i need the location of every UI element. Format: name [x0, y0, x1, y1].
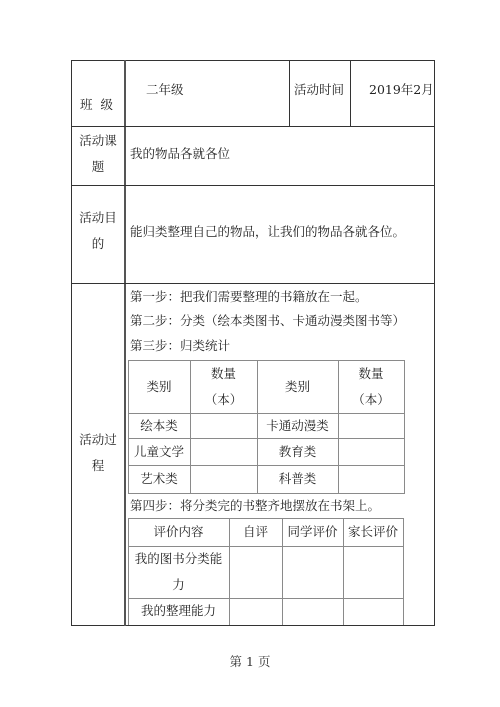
stats-row1-bottom: [128, 438, 405, 439]
row-separator-3: [71, 283, 435, 284]
stats-col-4: [404, 360, 405, 494]
stats-header-qty-1-line1: 数量: [190, 366, 257, 382]
stats-row2-bottom: [128, 465, 405, 466]
eval-col-4: [403, 518, 404, 625]
time-label: 活动时间: [294, 82, 344, 98]
time-label-left-border: [289, 60, 290, 126]
process-label-line2: 程: [72, 458, 124, 474]
row-separator-2: [71, 185, 435, 186]
stats-header-category-1: 类别: [128, 379, 190, 395]
eval-header-parent: 家长评价: [343, 524, 403, 540]
stats-cell: 科普类: [257, 471, 338, 487]
stats-cell: 儿童文学: [128, 444, 190, 460]
eval-row-2-content: 我的整理能力: [128, 603, 229, 619]
goal-label-line2: 的: [72, 236, 124, 252]
step-4: 第四步：将分类完的书整齐地摆放在书架上。: [130, 498, 380, 514]
stats-header-category-2: 类别: [257, 379, 338, 395]
time-value-left-border: [350, 60, 351, 126]
class-label: 班 级: [80, 97, 113, 113]
eval-row1-bottom: [128, 598, 404, 599]
stats-header-qty-2-line1: 数量: [338, 366, 404, 382]
stats-cell: 卡通动漫类: [257, 418, 338, 434]
stats-cell: 艺术类: [128, 471, 190, 487]
eval-header-self: 自评: [229, 524, 282, 540]
row-separator-1: [71, 126, 435, 127]
topic-label-line2: 题: [72, 159, 124, 175]
stats-bottom: [128, 493, 405, 494]
process-label-line1: 活动过: [72, 432, 124, 448]
eval-row-1-content-line1: 我的图书分类能: [128, 551, 229, 567]
step-3: 第三步：归类统计: [130, 338, 230, 354]
step-1: 第一步：把我们需要整理的书籍放在一起。: [130, 289, 368, 305]
eval-row-1-content-line2: 力: [128, 577, 229, 593]
goal-value: 能归类整理自己的物品，让我们的物品各就各位。: [130, 224, 405, 240]
stats-cell: 教育类: [257, 444, 338, 460]
stats-header-qty-2-line2: （本）: [338, 392, 404, 408]
eval-header-bottom: [128, 546, 404, 547]
stats-header-bottom: [128, 413, 405, 414]
topic-label-line1: 活动课: [72, 133, 124, 149]
outer-right-border: [434, 60, 435, 626]
stats-header-qty-1-line2: （本）: [190, 392, 257, 408]
label-column-divider: [124, 60, 126, 626]
eval-top: [128, 518, 404, 519]
eval-header-content: 评价内容: [128, 524, 229, 540]
time-value: 2019年2月: [369, 82, 434, 98]
stats-cell: 绘本类: [128, 418, 190, 434]
page-number: 第 1 页: [0, 652, 500, 670]
stats-top: [128, 360, 405, 361]
step-2: 第二步：分类（绘本类图书、卡通动漫类图书等）: [130, 313, 405, 329]
topic-value: 我的物品各就各位: [130, 146, 230, 162]
eval-header-peer: 同学评价: [282, 524, 343, 540]
document-page: 班 级 二年级 活动时间 2019年2月 活动课 题 我的物品各就各位 活动目 …: [0, 0, 500, 707]
goal-label-line1: 活动目: [72, 210, 124, 226]
class-value: 二年级: [146, 82, 184, 98]
